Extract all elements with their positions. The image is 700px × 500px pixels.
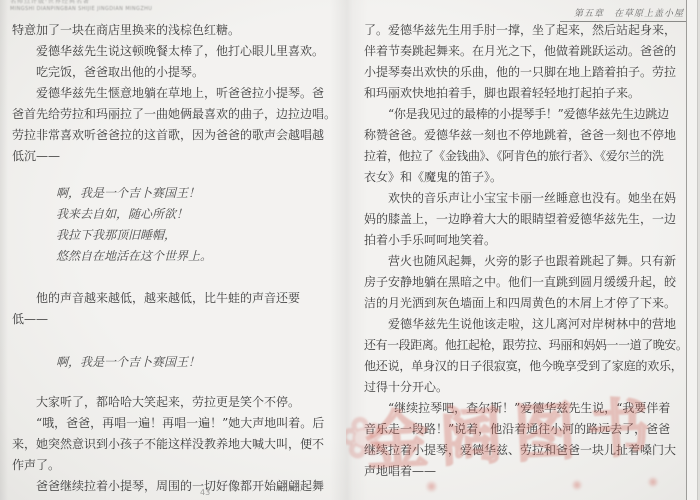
watermark-dot (572, 480, 582, 490)
page-number: 43 (200, 488, 210, 497)
text-line: 声地唱着—— (364, 461, 688, 482)
chapter-running-header: 第五章 在草原上盖小屋 (364, 1, 686, 22)
text-line: 还有一段距离。他扛起枪，跟劳拉、玛丽和妈妈一一道了晚安。 (364, 335, 688, 356)
text-line: 拍着小手乐呵呵地笑着。 (364, 230, 688, 251)
verse-line: 啊，我是一个吉卜赛国王！ (12, 183, 336, 204)
text-line: 来，她突然意识到小孩子不能这样没教养地大喊大叫，便不 (12, 434, 336, 455)
text-line: 称赞爸爸。爱德华兹一刻也不停地跳着，爸爸一刻也不停地 (364, 125, 688, 146)
text-line: 房子安静地躺在黑暗之中。他们一直跳到圆月缓缓升起，皎 (364, 272, 688, 293)
text-line: 特意加了一块在商店里换来的浅棕色红糖。 (12, 20, 336, 41)
text-line: 劳拉非常喜欢听爸爸拉的这首歌，因为爸爸的歌声会越唱越 (12, 125, 336, 146)
watermark-dot (648, 477, 658, 487)
text-line: 爸首先给劳拉和玛丽拉了一曲她俩最喜欢的曲子，边拉边唱。 (12, 104, 336, 125)
text-line: 他的声音越来越低，越来越低，比牛蛙的声音还要 (12, 288, 336, 309)
text-line: “哦，爸爸，再唱一遍！再唱一遍！”她大声地叫着。后 (12, 413, 336, 434)
text-line: 继续拉着小提琴，爱德华兹、劳拉和爸爸一块儿扯着嗓门大 (364, 440, 688, 461)
text-line: 小提琴奏出欢快的乐曲，他的一只脚在地上踏着拍子。劳拉 (364, 62, 688, 83)
text-line: 他还说，单身汉的日子很寂寞，他今晚享受到了家庭的欢乐， (364, 356, 688, 377)
text-line: 妈的膝盖上，一边睁着大大的眼睛望着爱德华兹先生，一边 (364, 209, 688, 230)
text-line: 过得十分开心。 (364, 377, 688, 398)
text-line: 吃完饭，爸爸取出他的小提琴。 (12, 62, 336, 83)
text-line: 营火也随风起舞，火旁的影子也跟着跳起了舞。只有新 (364, 251, 688, 272)
text-line: “继续拉琴吧，查尔斯！”爱德华兹先生说，“我要伴着 (364, 398, 688, 419)
verse-line: 啊，我是一个吉卜赛国王！ (12, 352, 336, 373)
text-line: 爱德华兹先生惬意地躺在草地上，听爸爸拉小提琴。爸 (12, 83, 336, 104)
text-line: 拉着，他拉了《金钱曲》、《阿肯色的旅行者》、《爱尔兰的洗 (364, 146, 688, 167)
left-page-text: 特意加了一块在商店里换来的浅棕色红糖。爱德华兹先生说这顿晚餐太棒了，他打心眼儿里… (12, 20, 336, 497)
text-line: 低沉—— (12, 146, 336, 167)
verse-line: 我拉下我那顶旧睡帽， (12, 225, 336, 246)
watermark-dot (426, 481, 437, 492)
verse-line: 我来去自如，随心所欲！ (12, 204, 336, 225)
right-page-text: 了。爱德华兹先生用手肘一撑，坐了起来，然后站起身来，伴着节奏跳起舞来。在月光之下… (364, 20, 688, 482)
text-line: 音乐走一段路！”说着，他沿着通往小河的路远去了，爸爸 (364, 419, 688, 440)
right-page-edge-strip (687, 0, 697, 500)
text-line: 衣女》和《魔鬼的笛子》。 (364, 167, 688, 188)
text-line: 爱德华兹先生说这顿晚餐太棒了，他打心眼儿里喜欢。 (12, 41, 336, 62)
text-line: 爱德华兹先生说他该走啦，这儿离河对岸树林中的营地 (364, 314, 688, 335)
text-line: 大家听了，都哈哈大笑起来，劳拉更是笑个不停。 (12, 392, 336, 413)
verse-line: 悠然自在地活在这个世界上。 (12, 246, 336, 267)
text-line: 作声了。 (12, 455, 336, 476)
text-line: 洁的月光洒到灰色墙面上和四周黄色的木屑上才停了下来。 (364, 293, 688, 314)
text-line: 和玛丽欢快地拍着手，脚也跟着轻轻地打起拍子来。 (364, 83, 688, 104)
left-page-edge-shadow (0, 0, 8, 500)
text-line: 低—— (12, 309, 336, 330)
book-scan: 名师点评版·世界经典名著 MINGSHI DIANPINGBAN SHIJIE … (0, 0, 700, 500)
series-mark-pinyin: MINGSHI DIANPINGBAN SHIJIE JINGDIAN MING… (10, 6, 152, 13)
text-line: 爸爸继续拉着小提琴，周围的一切好像都开始翩翩起舞 (12, 476, 336, 497)
text-line: “你是我见过的最棒的小提琴手！”爱德华兹先生边跳边 (364, 104, 688, 125)
text-line: 欢快的音乐声让小宝宝卡丽一丝睡意也没有。她坐在妈 (364, 188, 688, 209)
publisher-series-mark: 名师点评版·世界经典名著 MINGSHI DIANPINGBAN SHIJIE … (10, 0, 152, 13)
text-line: 了。爱德华兹先生用手肘一撑，坐了起来，然后站起身来， (364, 20, 688, 41)
text-line: 伴着节奏跳起舞来。在月光之下，他做着跳跃运动。爸爸的 (364, 41, 688, 62)
